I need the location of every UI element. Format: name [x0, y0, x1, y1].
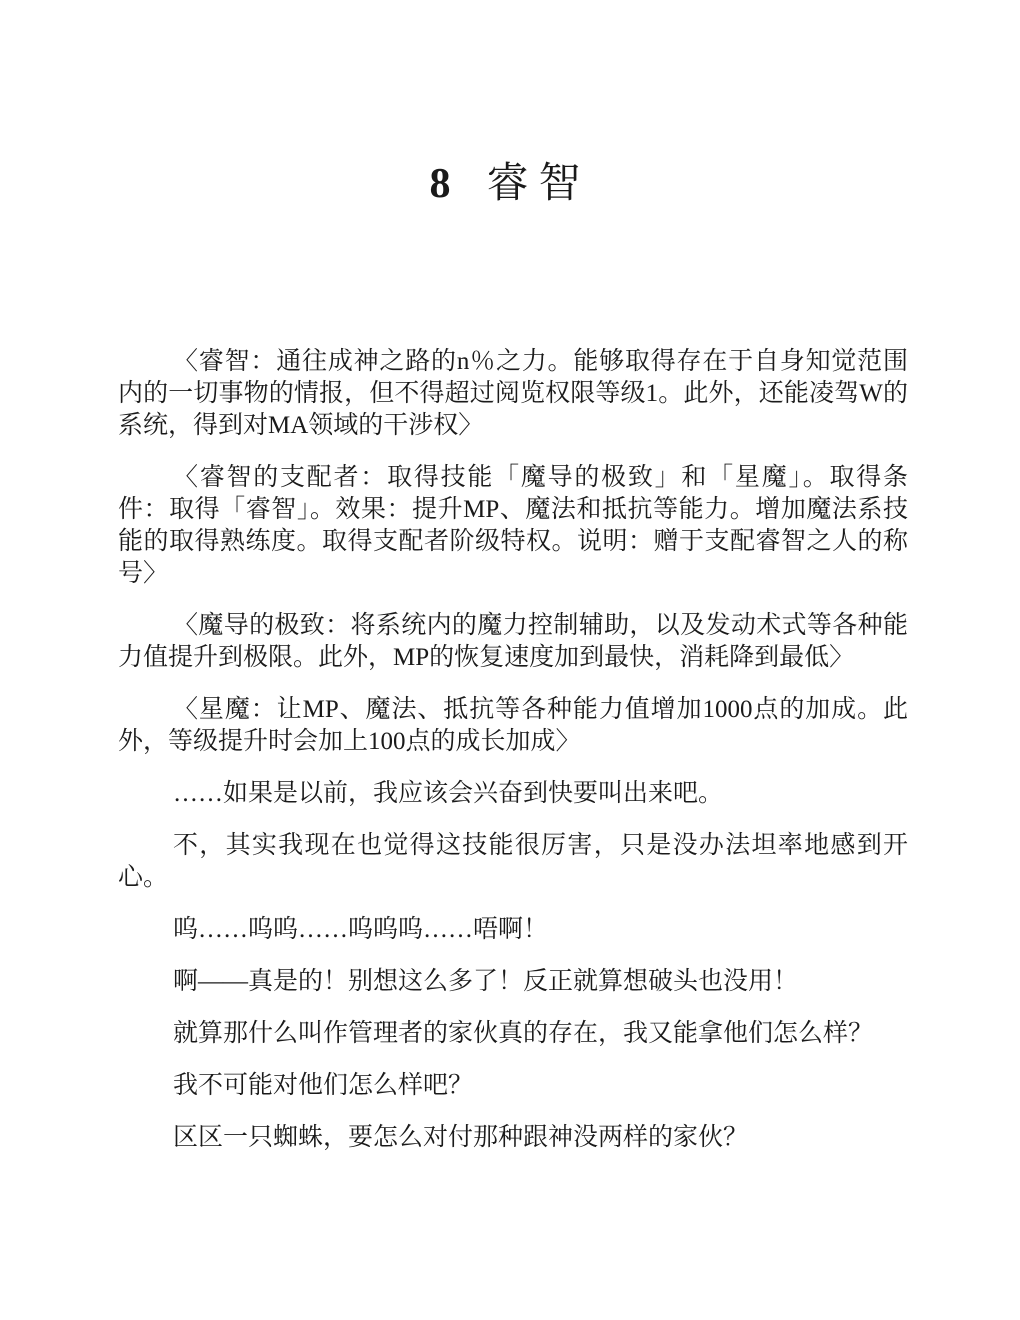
paragraph: 区区一只蜘蛛，要怎么对付那种跟神没两样的家伙？: [118, 1122, 908, 1154]
paragraph: 啊——真是的！别想这么多了！反正就算想破头也没用！: [118, 966, 908, 998]
document-page: 8睿智 〈睿智：通往成神之路的n％之力。能够取得存在于自身知觉范围内的一切事物的…: [0, 0, 1020, 1320]
paragraph: ……如果是以前，我应该会兴奋到快要叫出来吧。: [118, 778, 908, 810]
body-text: 〈睿智：通往成神之路的n％之力。能够取得存在于自身知觉范围内的一切事物的情报，但…: [118, 346, 908, 1154]
paragraph: 不，其实我现在也觉得这技能很厉害，只是没办法坦率地感到开心。: [118, 830, 908, 894]
paragraph: 就算那什么叫作管理者的家伙真的存在，我又能拿他们怎么样？: [118, 1018, 908, 1050]
paragraph: 〈睿智的支配者：取得技能「魔导的极致」和「星魔」。取得条件：取得「睿智」。效果：…: [118, 462, 908, 590]
paragraph: 呜……呜呜……呜呜呜……唔啊！: [118, 914, 908, 946]
chapter-number: 8: [429, 161, 452, 207]
paragraph: 〈魔导的极致：将系统内的魔力控制辅助，以及发动术式等各种能力值提升到极限。此外，…: [118, 610, 908, 674]
paragraph: 〈睿智：通往成神之路的n％之力。能够取得存在于自身知觉范围内的一切事物的情报，但…: [118, 346, 908, 442]
chapter-title: 8睿智: [0, 158, 1020, 210]
chapter-name: 睿智: [486, 161, 590, 207]
paragraph: 〈星魔：让MP、魔法、抵抗等各种能力值增加1000点的加成。此外，等级提升时会加…: [118, 694, 908, 758]
paragraph: 我不可能对他们怎么样吧？: [118, 1070, 908, 1102]
